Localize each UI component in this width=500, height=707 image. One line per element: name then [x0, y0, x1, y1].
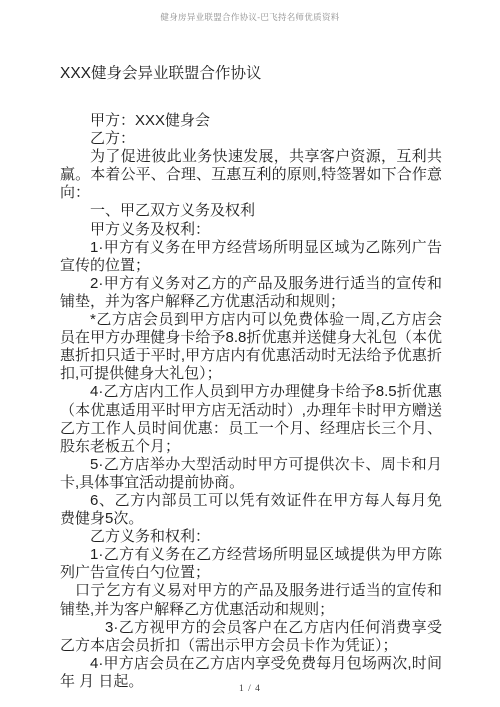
paragraph: 5·乙方店举办大型活动时甲方可提供次卡、周卡和月卡,具体事宜活动提前协商。 — [60, 456, 442, 492]
paragraph: 乙方： — [60, 130, 442, 148]
paragraph: 3·乙方视甲方的会员客户在乙方店内任何消费享受乙方本店会员折扣（需出示甲方会员卡… — [60, 619, 442, 655]
document-title: XXX健身会异业联盟合作协议 — [60, 64, 442, 83]
paragraph: 6、乙方内部员工可以凭有效证件在甲方每人每月免费健身5次。 — [60, 492, 442, 528]
paragraph: 口亍乞方有义易对甲方的产品及服务进行适当的宣传和铺垫,并为客户解释乙方优惠活动和… — [60, 582, 442, 618]
paragraph-list: 甲方：XXX健身会乙方：为了促进彼此业务快速发展，共享客户资源，互利共赢。本着公… — [60, 112, 442, 691]
document-body: XXX健身会异业联盟合作协议 甲方：XXX健身会乙方：为了促进彼此业务快速发展，… — [60, 64, 442, 691]
paragraph: 一、甲乙双方义务及权利 — [60, 202, 442, 220]
paragraph: 2·甲方有义务对乙方的产品及服务进行适当的宣传和铺垫，并为客户解释乙方优惠活动和… — [60, 275, 442, 311]
page-number: 1 / 4 — [0, 684, 500, 694]
paragraph: 1·甲方有义务在甲方经营场所明显区域为乙陈列广告宣传的位置； — [60, 239, 442, 275]
paragraph: 1·乙方有义务在乙方经营场所明显区域提供为甲方陈列广告宣传白勺位置； — [60, 546, 442, 582]
document-page: 健身房异业联盟合作协议-巴飞持名师优质资料 XXX健身会异业联盟合作协议 甲方：… — [0, 0, 500, 707]
page-header-text: 健身房异业联盟合作协议-巴飞持名师优质资料 — [0, 11, 500, 23]
paragraph: 4·乙方店内工作人员到甲方办理健身卡给予8.5折优惠（本优惠适用平时甲方店无活动… — [60, 383, 442, 455]
paragraph: 为了促进彼此业务快速发展，共享客户资源，互利共赢。本着公平、合理、互惠互利的原则… — [60, 148, 442, 202]
paragraph: 甲方：XXX健身会 — [60, 112, 442, 130]
paragraph: 甲方义务及权利： — [60, 221, 442, 239]
paragraph: *乙方店会员到甲方店内可以免费体验一周,乙方店会员在甲方办理健身卡给予8.8折优… — [60, 311, 442, 383]
paragraph: 乙方义务和权利： — [60, 528, 442, 546]
